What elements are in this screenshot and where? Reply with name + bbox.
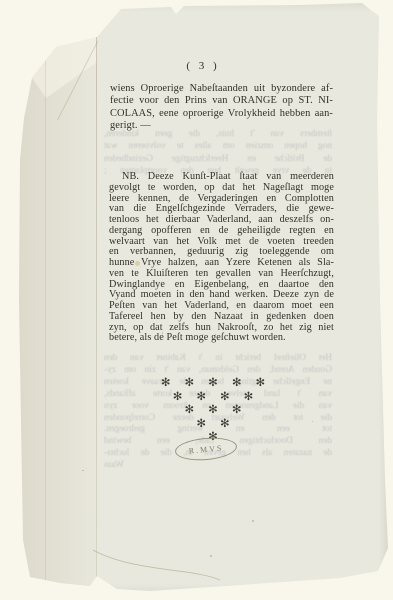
text-line: Tafereel hen by den Nazaat in gedenken d… [109, 312, 334, 323]
star-icon: ✻ [196, 418, 206, 430]
star-icon: ✻ [220, 418, 230, 430]
star-row: ✻✻✻✻ [103, 389, 323, 403]
pamphlet-page: ſtemhers van 't huis, die geen kinderen,… [0, 0, 393, 600]
star-ornament: ✻✻✻✻✻✻✻✻✻✻✻✻✻✻✻ [103, 375, 323, 443]
hairline-crease [88, 538, 248, 598]
text-line: gevolgt te worden, op dat het Nageſlagt … [109, 183, 334, 194]
star-icon: ✻ [232, 377, 242, 389]
star-icon: ✻ [196, 391, 206, 403]
star-icon: ✻ [232, 404, 242, 416]
star-icon: ✻ [244, 391, 254, 403]
star-icon: ✻ [173, 391, 183, 403]
star-row: ✻✻✻ [103, 402, 323, 416]
text-line: fectie voor den Prins van ORANGE op ST. … [110, 95, 333, 107]
star-icon: ✻ [161, 377, 171, 389]
fold-crease-line [96, 36, 97, 588]
star-icon: ✻ [208, 404, 218, 416]
star-icon: ✻ [208, 377, 218, 389]
paragraph-nota-bene: NB. Deeze Kunſt-Plaat ſtaat van meerdere… [109, 172, 334, 344]
paragraph-continuation: wiens Oproerige Nabeſtaanden uit byzonde… [110, 83, 333, 132]
text-line: ven te Kluiſteren ten gevallen van Heerſ… [109, 269, 334, 280]
showthrough-text: nog hopen omzien om alles te volvoeren w… [104, 140, 332, 152]
fold-crease-line-soft [45, 60, 46, 580]
star-icon: ✻ [185, 377, 195, 389]
page-number: ( 3 ) [103, 60, 303, 72]
star-icon: ✻ [185, 404, 195, 416]
star-icon: ✻ [255, 377, 265, 389]
star-row: ✻✻✻✻✻ [103, 375, 323, 389]
paper-speck [252, 520, 254, 522]
showthrough-text: de Britſche en Heerſchzugtige Gezindhede… [104, 153, 332, 165]
text-line: betere, als de Peſt moge geſchuwt worden… [109, 333, 334, 344]
scan-backdrop: ſtemhers van 't huis, die geen kinderen,… [0, 0, 393, 600]
text-line: gerigt. — [110, 120, 333, 132]
star-row: ✻✻ [103, 416, 323, 430]
collection-stamp-label: R.MVS [188, 443, 223, 455]
text-line: dergang opofferen en de geheiligde regte… [109, 226, 334, 237]
paper-speck [82, 470, 84, 471]
star-icon: ✻ [220, 391, 230, 403]
showthrough-text: Waas [104, 460, 332, 472]
text-line: COLAAS, eene oproerige Vrolykheid hebben… [110, 108, 333, 120]
paper-speck [210, 555, 212, 557]
text-line: wiens Oproerige Nabeſtaanden uit byzonde… [110, 83, 333, 95]
showthrough-text: Het Olieſteel bericht in 't Kabinet van … [104, 353, 332, 365]
